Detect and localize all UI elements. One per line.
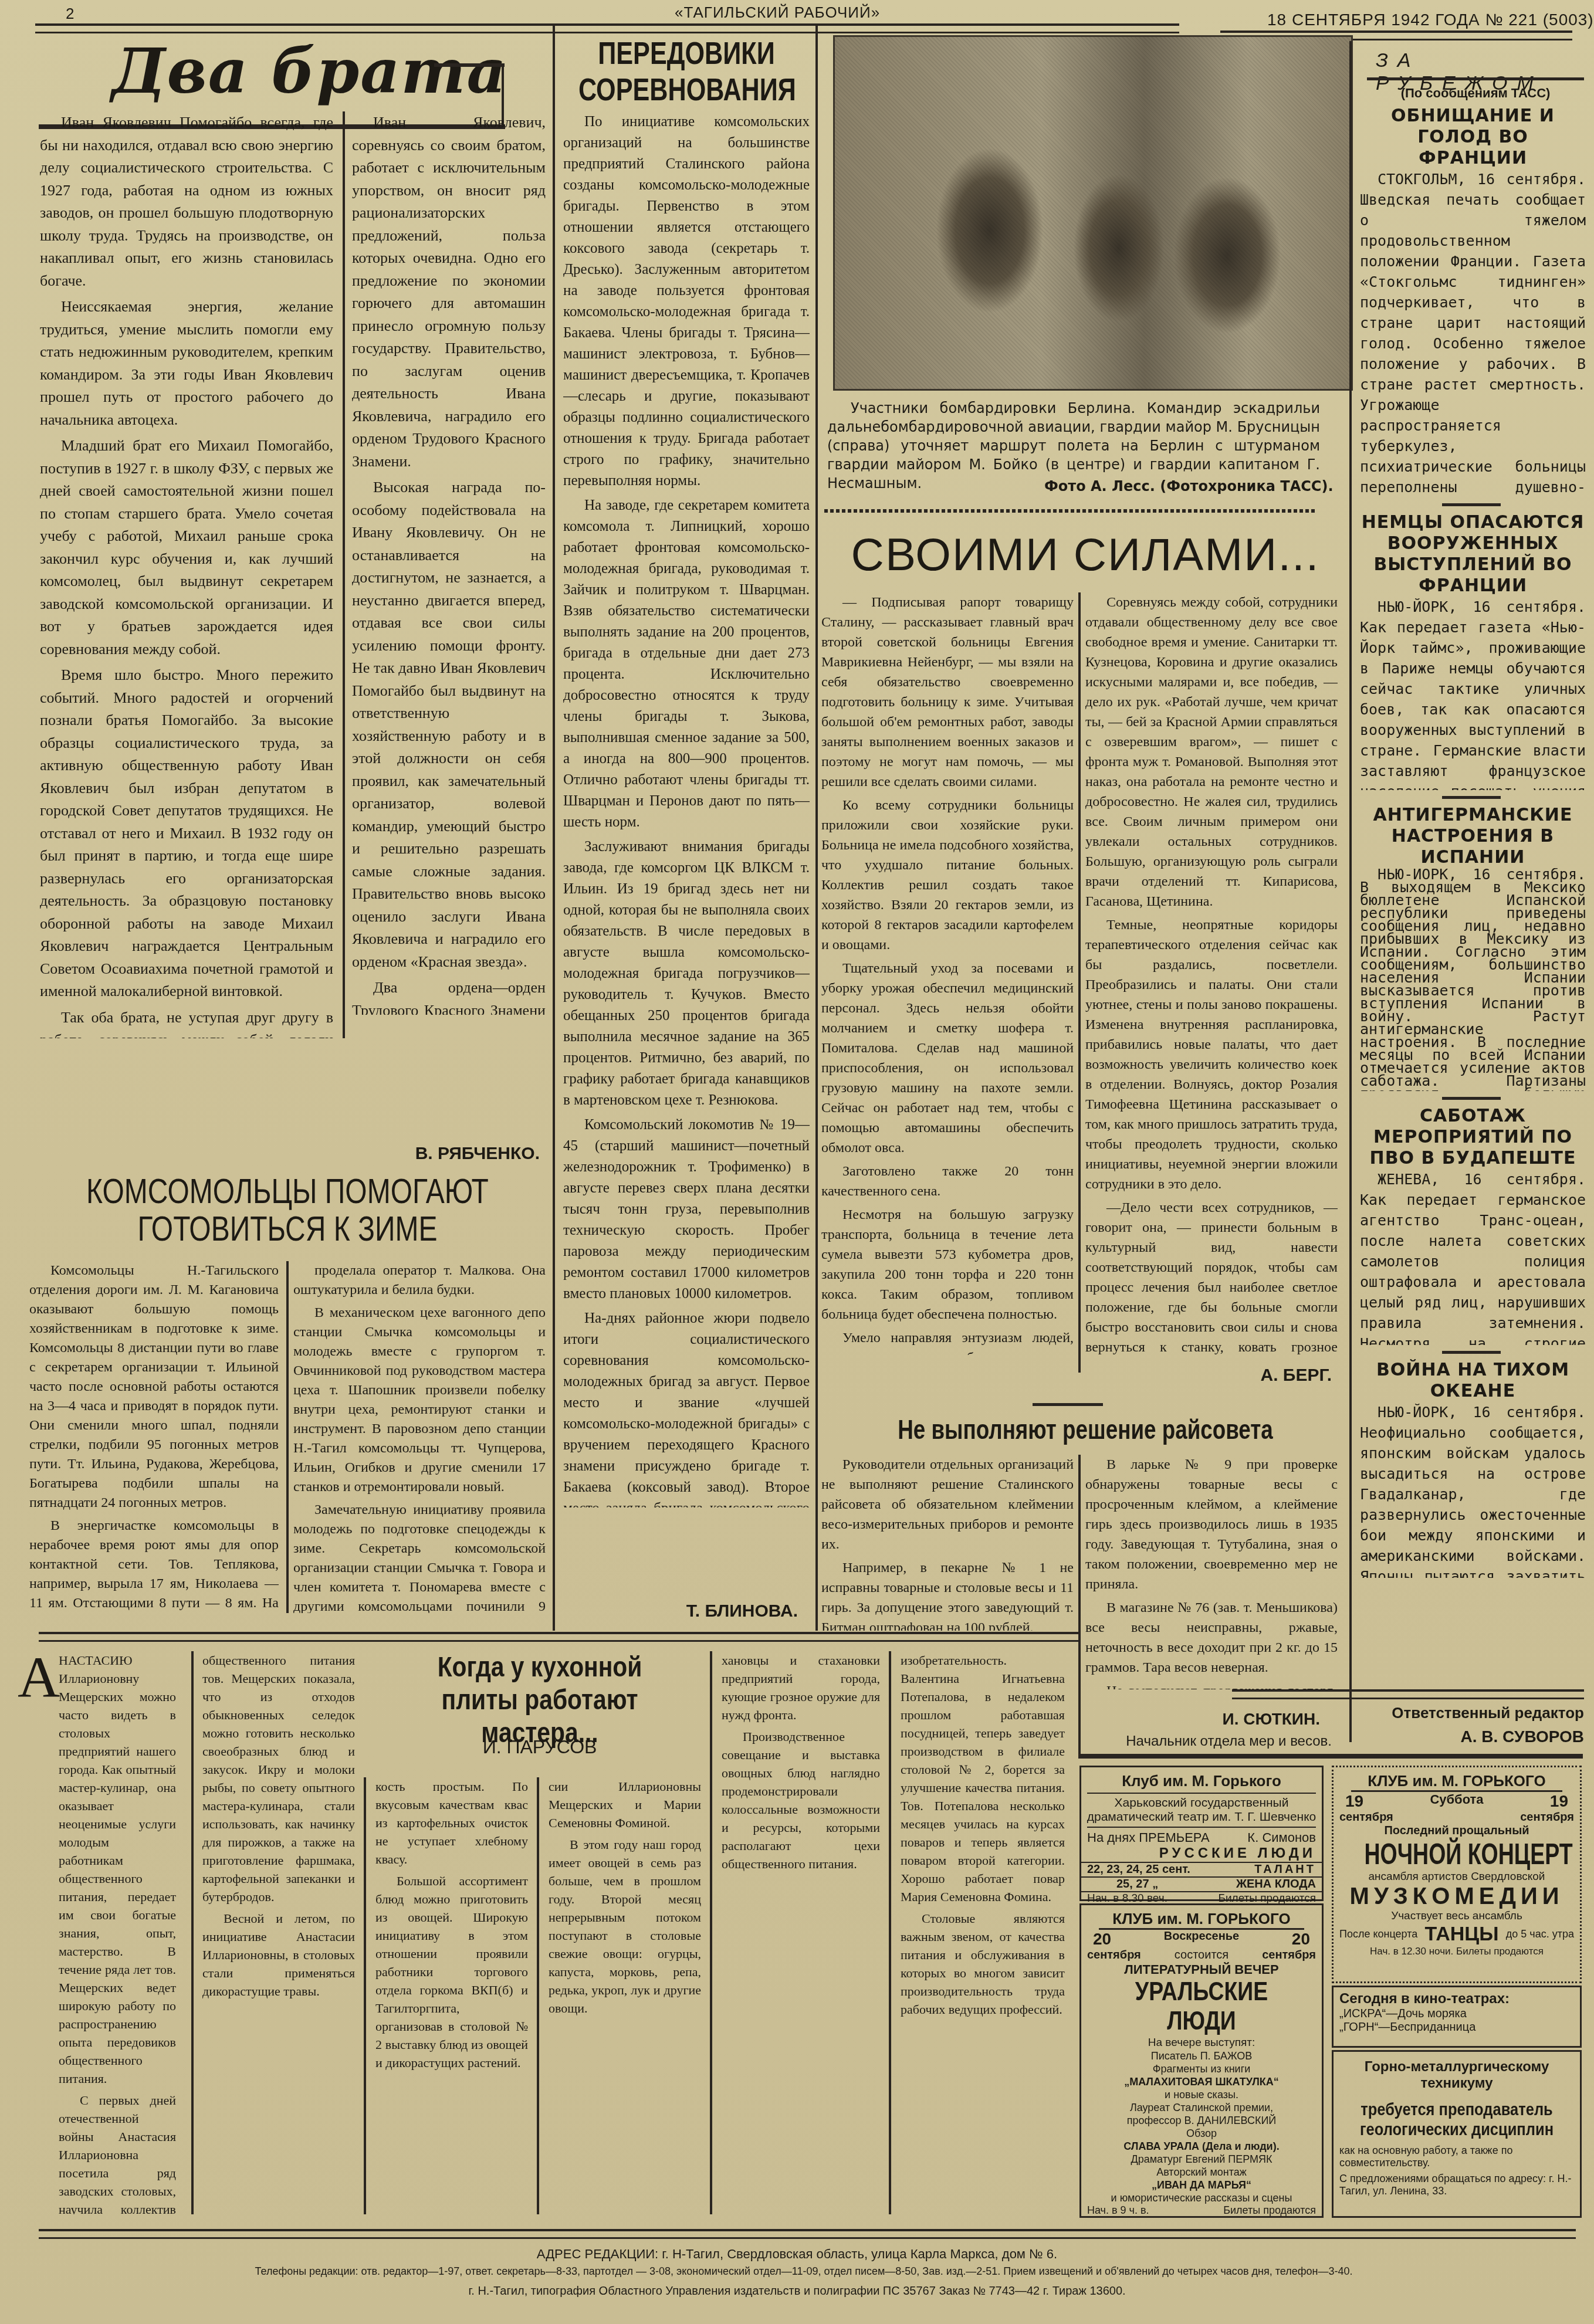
own-forces-title: СВОИМИ СИЛАМИ...	[821, 528, 1349, 581]
short-divider	[1442, 1351, 1501, 1354]
kitchen-column-1: НАСТАСИЮ Илларионовну Мещерских можно ча…	[59, 1651, 176, 2214]
ad-club: КЛУБ им. М. ГОРЬКОГО	[1351, 1772, 1562, 1792]
paragraph: Заслуживают внимания бригады завода, где…	[563, 836, 810, 1111]
ad-line: Писатель П. БАЖОВ	[1081, 2049, 1322, 2062]
komsomol-title-1: КОМСОМОЛЬЦЫ ПОМОГАЮТ	[76, 1173, 499, 1210]
foreign-news-column: ОБНИЩАНИЕ И ГОЛОД ВО ФРАНЦИИ СТОКГОЛЬМ, …	[1360, 106, 1586, 1578]
council-column-1: Руководители отдельных организаций не вы…	[821, 1455, 1074, 1631]
ad-cinema-line: „ГОРН“—Бесприданница	[1334, 2021, 1580, 2034]
ad-line: Лауреат Сталинской премии,	[1081, 2101, 1322, 2114]
news-title: НЕМЦЫ ОПАСАЮТСЯ ВООРУЖЕННЫХ ВЫСТУПЛЕНИЙ …	[1360, 512, 1586, 597]
council-signature: И. СЮТКИН.	[1085, 1710, 1320, 1729]
ad-play: ТАЛАНТ	[1254, 1863, 1316, 1876]
ad-theatre: Клуб им. М. Горького Харьковский государ…	[1079, 1766, 1324, 1901]
paragraph: НАСТАСИЮ Илларионовну Мещерских можно ча…	[59, 1651, 176, 2088]
brothers-column-2: Иван Яковлевич, соревнуясь со своим брат…	[352, 111, 546, 1015]
ad-line: Последний прощальный	[1334, 1824, 1580, 1838]
ad-line: Авторский монтаж	[1081, 2166, 1322, 2179]
ad-line: до 5 час. утра	[1506, 1928, 1574, 1940]
ad-month: сентября	[1339, 1811, 1393, 1824]
paragraph: — Подписывая рапорт товарищу Сталину, — …	[821, 592, 1074, 792]
ad-job-contact: С предложениями обращаться по адресу: г.…	[1334, 2169, 1580, 2197]
paragraph: проделала оператор т. Малкова. Она оштук…	[293, 1261, 546, 1300]
paragraph: В механическом цехе вагонного депо станц…	[293, 1303, 546, 1497]
newspaper-page: 2 «ТАГИЛЬСКИЙ РАБОЧИЙ» 18 СЕНТЯБРЯ 1942 …	[0, 0, 1594, 2324]
komsomol-column-2: проделала оператор т. Малкова. Она оштук…	[293, 1261, 546, 1613]
ad-day: 20	[1292, 1930, 1310, 1949]
column-divider	[1078, 592, 1081, 1373]
paragraph: Иван Яковлевич, соревнуясь со своим брат…	[352, 111, 546, 473]
ad-weekday: Суббота	[1430, 1792, 1483, 1811]
komsomol-column-1: Комсомольцы Н.-Тагильского отделения дор…	[29, 1261, 279, 1613]
ad-tickets: Билеты продаются	[1223, 2204, 1316, 2217]
editor-rule	[1232, 1689, 1584, 1699]
paragraph: Производственное совещание и выставка ов…	[722, 1727, 880, 1873]
rubric-rule	[1367, 77, 1584, 80]
own-forces-column-2: Соревнуясь между собой, сотрудники отдав…	[1085, 592, 1338, 1355]
column-divider	[815, 23, 818, 1631]
paragraph: Большой ассортимент блюд можно приготови…	[375, 1872, 528, 2072]
ad-dates: 22, 23, 24, 25 сент.	[1087, 1863, 1190, 1876]
ad-play: ЖЕНА КЛОДА	[1236, 1878, 1316, 1891]
kitchen-column-2: общественного питания тов. Мещерских пок…	[202, 1651, 355, 2214]
news-title: ОБНИЩАНИЕ И ГОЛОД ВО ФРАНЦИИ	[1360, 106, 1586, 169]
footer-printer: г. Н.-Тагил, типография Областного Управ…	[0, 2285, 1594, 2298]
column-divider	[553, 23, 555, 1631]
ad-line: Фрагменты из книги	[1081, 2062, 1322, 2075]
section-rule	[39, 1632, 1081, 1642]
ad-line: СЛАВА УРАЛА (Дела и люди).	[1081, 2140, 1322, 2153]
masthead-rule	[35, 23, 1179, 33]
news-title: САБОТАЖ МЕРОПРИЯТИЙ ПО ПВО В БУДАПЕШТЕ	[1360, 1106, 1586, 1169]
column-divider	[191, 1651, 194, 2214]
paragraph: ЖЕНЕВА, 16 сентября. Как передает герман…	[1360, 1169, 1586, 1345]
ad-line: Обзор	[1081, 2127, 1322, 2140]
ad-line: и юмористические рассказы и сцены	[1081, 2191, 1322, 2204]
footer-phones: Телефоны редакции: отв. редактор—1-97, о…	[35, 2265, 1572, 2278]
news-body: НЬЮ-ЙОРК, 16 сентября. В выходящем в Мек…	[1360, 868, 1586, 1091]
paragraph: Не выполняют предложения госторг-инспекц…	[1085, 1681, 1338, 1689]
ad-club: КЛУБ им. М. ГОРЬКОГО	[1099, 1910, 1304, 1930]
paragraph: Неиссякаемая энергия, желание трудиться,…	[40, 296, 333, 431]
column-divider	[537, 1777, 539, 2214]
footer-rule	[39, 2229, 1576, 2239]
column-divider	[889, 1651, 891, 2214]
paragraph: —Дело чести всех сотрудников, — говорит …	[1085, 1198, 1338, 1355]
ad-day: 20	[1093, 1930, 1111, 1949]
ad-night-concert: КЛУБ им. М. ГОРЬКОГО 19Суббота19 сентябр…	[1332, 1766, 1582, 1983]
paragraph: Тщательный уход за посевами и уборку уро…	[821, 958, 1074, 1158]
ad-line: ансамбля артистов Свердловской	[1334, 1871, 1580, 1883]
ad-job-headline: геологических дисциплин	[1352, 2120, 1562, 2140]
section-rule-right	[1078, 1754, 1583, 1759]
news-body: НЬЮ-ЙОРК, 16 сентября. Как передает газе…	[1360, 597, 1586, 790]
ad-dates: 25, 27 „	[1116, 1878, 1158, 1891]
short-divider	[1442, 1097, 1501, 1100]
ad-line: После концерта	[1339, 1928, 1417, 1940]
page-number: 2	[66, 5, 75, 23]
kitchen-column-3: кость простым. По вкусовым качествам ква…	[375, 1777, 528, 2214]
news-title: ВОЙНА НА ТИХОМ ОКЕАНЕ	[1360, 1360, 1586, 1402]
paragraph: Два ордена—орден Трудового Красного Знам…	[352, 977, 546, 1015]
ad-day: 19	[1345, 1792, 1363, 1811]
paragraph: Комсомольцы Н.-Тагильского отделения дор…	[29, 1261, 279, 1513]
news-body: ЖЕНЕВА, 16 сентября. Как передает герман…	[1360, 1169, 1586, 1345]
ad-line: „МАЛАХИТОВАЯ ШКАТУЛКА“	[1081, 2075, 1322, 2088]
column-divider	[364, 1777, 366, 2214]
brothers-title: Два брата	[111, 35, 507, 107]
paragraph: На-днях районное жюри подвело итоги соци…	[563, 1308, 810, 1507]
wavy-divider	[824, 509, 1317, 513]
drop-cap: А	[18, 1651, 59, 1704]
paragraph: Замечательную инициативу проявила молоде…	[293, 1500, 546, 1613]
column-divider	[286, 1261, 289, 1613]
kitchen-byline: И. ПАРУСОВ	[375, 1736, 704, 1758]
ad-month: сентября	[1087, 1949, 1141, 1962]
paragraph: Руководители отдельных организаций не вы…	[821, 1455, 1074, 1554]
ad-literary-evening: КЛУБ им. М. ГОРЬКОГО 20Воскресенье20 сен…	[1079, 1903, 1324, 2218]
ad-dances: ТАНЦЫ	[1425, 1923, 1499, 1946]
ad-line: Участвует весь ансамбль	[1334, 1910, 1580, 1923]
ad-job: Горно-металлургическому техникуму требуе…	[1332, 2050, 1582, 2218]
brothers-column-1: Иван Яковлевич Помогайбо всегда, где бы …	[40, 111, 333, 1038]
own-forces-signature: А. БЕРГ.	[1085, 1366, 1332, 1385]
ad-holds: состоится	[1175, 1949, 1229, 1962]
ad-club: Клуб им. М. Горького	[1081, 1772, 1322, 1790]
ad-job-text: как на основную работу, а также по совме…	[1334, 2140, 1580, 2169]
column-divider	[343, 111, 345, 1038]
paper-name: «ТАГИЛЬСКИЙ РАБОЧИЙ»	[675, 4, 880, 22]
ad-play: РУССКИЕ ЛЮДИ	[1081, 1845, 1322, 1862]
council-column-2: В ларьке № 9 при проверке обнаружены тов…	[1085, 1455, 1338, 1689]
brothers-signature: В. РЯБЧЕНКО.	[352, 1144, 540, 1164]
photo-credit: Фото А. Лесс. (Фотохроника ТАСС).	[1044, 478, 1334, 494]
paragraph: В магазине № 76 (зав. т. Меньшикова) все…	[1085, 1598, 1338, 1678]
kitchen-title: Когда у кухонной плиты работают мастера.…	[400, 1651, 679, 1750]
column-divider	[710, 1651, 712, 2214]
column-divider	[1349, 41, 1352, 1742]
leaders-title: ПЕРЕДОВИКИ СОРЕВНОВАНИЯ	[578, 35, 794, 108]
paragraph: С первых дней отечественной войны Анаста…	[59, 2091, 176, 2214]
ad-line: „ИВАН ДА МАРЬЯ“	[1081, 2179, 1322, 2191]
ad-job-headline: требуется преподаватель	[1352, 2100, 1562, 2120]
ad-line: профессор В. ДАНИЛЕВСКИЙ	[1081, 2114, 1322, 2127]
column-divider	[1078, 1455, 1081, 1754]
komsomol-title-2: ГОТОВИТЬСЯ К ЗИМЕ	[76, 1211, 499, 1247]
paragraph: Столовые являются важным звеном, от каче…	[901, 1909, 1065, 2018]
issue-date: 18 СЕНТЯБРЯ 1942 ГОДА № 221 (5003)	[1267, 11, 1594, 29]
ad-line: Драматург Евгений ПЕРМЯК	[1081, 2153, 1322, 2166]
news-body: НЬЮ-ЙОРК, 16 сентября. Неофициально сооб…	[1360, 1402, 1586, 1578]
ad-cinema-line: „ИСКРА“—Дочь моряка	[1334, 2007, 1580, 2021]
paragraph: Темные, неопрятные коридоры терапевтичес…	[1085, 915, 1338, 1194]
paragraph: По инициативе комсомольских организаций …	[563, 111, 810, 492]
ad-line: и новые сказы.	[1081, 2088, 1322, 2101]
paragraph: Высокая награда по-особому подействовала…	[352, 476, 546, 973]
ad-event: ЛИТЕРАТУРНЫЙ ВЕЧЕР	[1081, 1962, 1322, 1977]
ad-job-title: Горно-металлургическому	[1334, 2059, 1580, 2075]
ad-month: сентября	[1262, 1949, 1316, 1962]
paragraph: На заводе, где секретарем комитета комсо…	[563, 495, 810, 833]
paragraph: СТОКГОЛЬМ, 16 сентября. Шведская печать …	[1360, 169, 1586, 497]
paragraph: Заготовлено также 20 тонн качественного …	[821, 1161, 1074, 1201]
council-signature-title: Начальник отдела мер и весов.	[1097, 1733, 1332, 1750]
foreign-source: (По сообщениям ТАСС)	[1367, 86, 1584, 101]
ad-cinema: Сегодня в кино-театрах: „ИСКРА“—Дочь мор…	[1332, 1986, 1582, 2048]
kitchen-column-4: сии Илларионовны Мещерских и Марии Семен…	[549, 1777, 701, 2214]
paragraph: В энергичастке комсомольцы в нерабочее в…	[29, 1516, 279, 1613]
ad-start: Нач. в 12.30 ночи. Билеты продаются	[1334, 1946, 1580, 1957]
leaders-column: По инициативе комсомольских организаций …	[563, 111, 810, 1507]
news-title: АНТИГЕРМАНСКИЕ НАСТРОЕНИЯ В ИСПАНИИ	[1360, 805, 1586, 868]
ad-cinema-title: Сегодня в кино-театрах:	[1334, 1987, 1580, 2007]
kitchen-column-6: изобретательность. Валентина Игнатьевна …	[901, 1651, 1065, 2214]
editor-name: А. В. СУВОРОВ	[1349, 1727, 1584, 1746]
paragraph: Например, в пекарне № 1 не исправны това…	[821, 1558, 1074, 1631]
paragraph: Так оба брата, не уступая друг другу в р…	[40, 1007, 333, 1039]
ad-author: К. Симонов	[1247, 1830, 1316, 1845]
paragraph: НЬЮ-ЙОРК, 16 сентября. Неофициально сооб…	[1360, 1402, 1586, 1578]
ad-start: Нач. в 9 ч. в.	[1087, 2204, 1149, 2217]
editor-label: Ответственный редактор	[1349, 1704, 1584, 1722]
paragraph: В ларьке № 9 при проверке обнаружены тов…	[1085, 1455, 1338, 1594]
paragraph: изобретательность. Валентина Игнатьевна …	[901, 1651, 1065, 1906]
own-forces-column-1: — Подписывая рапорт товарищу Сталину, — …	[821, 592, 1074, 1355]
ad-premiere: На днях ПРЕМЬЕРА	[1087, 1830, 1210, 1845]
ad-day: 19	[1550, 1792, 1568, 1811]
paragraph: В этом году наш город имеет овощей в сем…	[549, 1835, 701, 2017]
paragraph: Комсомольский локомотив № 19—45 (старший…	[563, 1114, 810, 1305]
paragraph: Весной и летом, по инициативе Анастасии …	[202, 1909, 355, 2000]
ad-headline: УРАЛЬСКИЕ ЛЮДИ	[1099, 1977, 1304, 2036]
council-title: Не выполняют решение райсовета	[874, 1414, 1297, 1445]
ad-headline: НОЧНОЙ КОНЦЕРТ	[1365, 1838, 1549, 1871]
short-divider	[1442, 503, 1501, 506]
footer-address: АДРЕС РЕДАКЦИИ: г. Н-Тагил, Свердловская…	[0, 2247, 1594, 2262]
news-body: СТОКГОЛЬМ, 16 сентября. Шведская печать …	[1360, 169, 1586, 497]
paragraph: Время шло быстро. Много пережито событий…	[40, 664, 333, 1003]
short-divider	[1442, 796, 1501, 799]
ad-month: сентября	[1520, 1811, 1574, 1824]
paragraph: общественного питания тов. Мещерских пок…	[202, 1651, 355, 1906]
kitchen-column-5: хановцы и стахановки предприятий города,…	[722, 1651, 880, 2214]
ad-line: На вечере выступят:	[1081, 2036, 1322, 2049]
paragraph: сии Илларионовны Мещерских и Марии Семен…	[549, 1777, 701, 1832]
paragraph: НЬЮ-ЙОРК, 16 сентября. В выходящем в Мек…	[1360, 868, 1586, 1091]
paragraph: Несмотря на большую загрузку транспорта,…	[821, 1205, 1074, 1324]
paragraph: Младший брат его Михаил Помогайбо, посту…	[40, 435, 333, 660]
photo-pilots-icon	[833, 35, 1353, 391]
paragraph: Соревнуясь между собой, сотрудники отдав…	[1085, 592, 1338, 912]
paragraph: Иван Яковлевич Помогайбо всегда, где бы …	[40, 111, 333, 292]
paragraph: Умело направляя энтузиазм людей, правиль…	[821, 1328, 1074, 1355]
paragraph: НЬЮ-ЙОРК, 16 сентября. Как передает газе…	[1360, 597, 1586, 790]
ad-job-title: техникуму	[1334, 2075, 1580, 2092]
title-bracket	[434, 63, 505, 67]
paragraph: Ко всему сотрудники больницы приложили с…	[821, 795, 1074, 955]
short-divider	[1033, 1403, 1103, 1406]
ad-weekday: Воскресенье	[1164, 1930, 1239, 1949]
ad-headline: МУЗКОМЕДИИ	[1334, 1883, 1580, 1910]
leaders-signature: Т. БЛИНОВА.	[563, 1601, 798, 1621]
paragraph: хановцы и стахановки предприятий города,…	[722, 1651, 880, 1724]
ad-theatre-name: Харьковский государственный драматически…	[1081, 1796, 1322, 1824]
paragraph: кость простым. По вкусовым качествам ква…	[375, 1777, 528, 1868]
